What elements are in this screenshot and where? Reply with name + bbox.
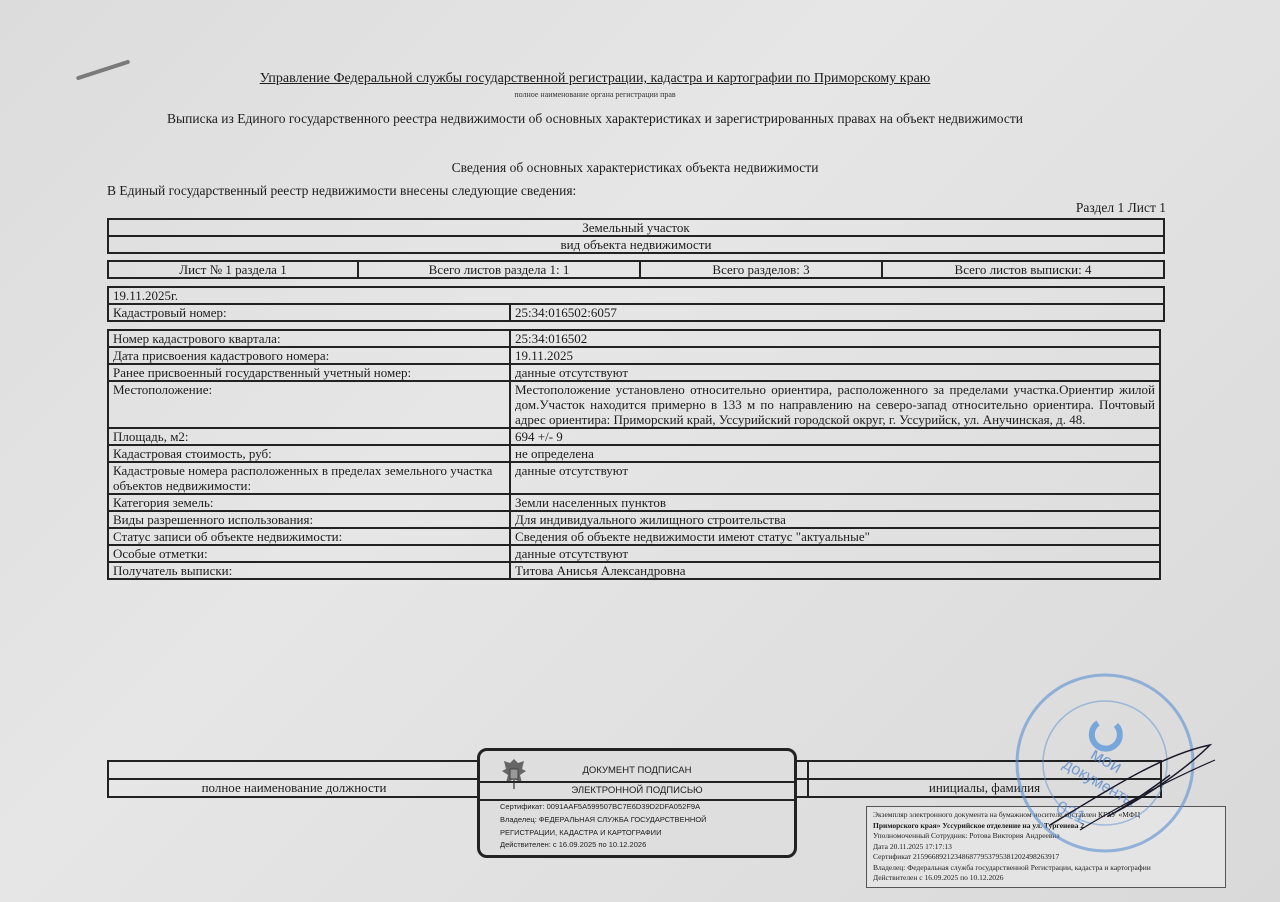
- row-label: Кадастровые номера расположенных в преде…: [108, 462, 510, 494]
- pen-mark: [76, 59, 130, 80]
- section-reference: Раздел 1 Лист 1: [1076, 200, 1166, 216]
- table-row: Номер кадастрового квартала:25:34:016502: [108, 330, 1160, 347]
- row-value: Сведения об объекте недвижимости имеют с…: [510, 528, 1160, 545]
- row-label: Особые отметки:: [108, 545, 510, 562]
- row-value: Земли населенных пунктов: [510, 494, 1160, 511]
- sheets-table: Лист № 1 раздела 1 Всего листов раздела …: [107, 260, 1165, 279]
- row-label: Ранее присвоенный государственный учетны…: [108, 364, 510, 381]
- characteristics-table: Номер кадастрового квартала:25:34:016502…: [107, 329, 1161, 580]
- sheet-number: Лист № 1 раздела 1: [108, 261, 358, 278]
- table-row: Кадастровые номера расположенных в преде…: [108, 462, 1160, 494]
- registration-authority: Управление Федеральной службы государств…: [250, 71, 940, 87]
- copy-line: Экземпляр электронного документа на бума…: [873, 810, 1219, 821]
- table-row: Особые отметки:данные отсутствуют: [108, 545, 1160, 562]
- row-label: Виды разрешенного использования:: [108, 511, 510, 528]
- row-label: Номер кадастрового квартала:: [108, 330, 510, 347]
- name-caption: инициалы, фамилия: [808, 779, 1161, 797]
- cadastral-number-value: 25:34:016502:6057: [510, 304, 1164, 321]
- authority-caption: полное наименование органа регистрации п…: [250, 90, 940, 99]
- certificate-owner-cont: РЕГИСТРАЦИИ, КАДАСТРА И КАРТОГРАФИИ: [500, 828, 661, 837]
- copy-line: Дата 20.11.2025 17:17:13: [873, 842, 1219, 853]
- document-title: Выписка из Единого государственного реес…: [140, 111, 1050, 127]
- copy-line: Действителен с 16.09.2025 по 10.12.2026: [873, 873, 1219, 884]
- row-value: 694 +/- 9: [510, 428, 1160, 445]
- certificate-validity: Действителен: с 16.09.2025 по 10.12.2026: [500, 840, 646, 849]
- total-sections: Всего разделов: 3: [640, 261, 882, 278]
- row-label: Площадь, м2:: [108, 428, 510, 445]
- total-sheets: Всего листов выписки: 4: [882, 261, 1164, 278]
- row-value: Титова Анисья Александровна: [510, 562, 1160, 579]
- sheets-in-section: Всего листов раздела 1: 1: [358, 261, 640, 278]
- record-date: 19.11.2025г.: [108, 287, 1164, 304]
- intro-text: В Единый государственный реестр недвижим…: [107, 183, 576, 199]
- row-value: 25:34:016502: [510, 330, 1160, 347]
- cadastral-number-label: Кадастровый номер:: [108, 304, 510, 321]
- row-value: не определена: [510, 445, 1160, 462]
- row-value: данные отсутствуют: [510, 364, 1160, 381]
- row-value: данные отсутствуют: [510, 545, 1160, 562]
- copy-line: Сертификат 21596689212348687795379538120…: [873, 852, 1219, 863]
- row-label: Категория земель:: [108, 494, 510, 511]
- row-value: 19.11.2025: [510, 347, 1160, 364]
- table-row: Статус записи об объекте недвижимости:Св…: [108, 528, 1160, 545]
- copy-line: Приморского края» Уссурийское отделение …: [873, 821, 1219, 832]
- row-label: Статус записи об объекте недвижимости:: [108, 528, 510, 545]
- signed-label: ДОКУМЕНТ ПОДПИСАН: [480, 765, 794, 776]
- object-type: Земельный участок: [108, 219, 1164, 236]
- object-type-table: Земельный участок вид объекта недвижимос…: [107, 218, 1165, 254]
- row-label: Местоположение:: [108, 381, 510, 428]
- table-row: Виды разрешенного использования:Для инди…: [108, 511, 1160, 528]
- row-value: Для индивидуального жилищного строительс…: [510, 511, 1160, 528]
- record-table: 19.11.2025г. Кадастровый номер: 25:34:01…: [107, 286, 1165, 322]
- table-row: Площадь, м2:694 +/- 9: [108, 428, 1160, 445]
- esign-label: ЭЛЕКТРОННОЙ ПОДПИСЬЮ: [480, 785, 794, 796]
- copy-line: Владелец: Федеральная служба государстве…: [873, 863, 1219, 874]
- table-row: Получатель выписки:Титова Анисья Алексан…: [108, 562, 1160, 579]
- table-row: Дата присвоения кадастрового номера:19.1…: [108, 347, 1160, 364]
- certificate-number: Сертификат: 0091AAF5A599507BC7E6D39D2DFA…: [500, 802, 700, 811]
- position-caption: полное наименование должности: [108, 779, 480, 797]
- table-row: Местоположение:Местоположение установлен…: [108, 381, 1160, 428]
- table-row: Ранее присвоенный государственный учетны…: [108, 364, 1160, 381]
- table-row: Кадастровая стоимость, руб:не определена: [108, 445, 1160, 462]
- row-label: Получатель выписки:: [108, 562, 510, 579]
- row-label: Дата присвоения кадастрового номера:: [108, 347, 510, 364]
- certificate-owner: Владелец: ФЕДЕРАЛЬНАЯ СЛУЖБА ГОСУДАРСТВЕ…: [500, 815, 707, 824]
- section-title: Сведения об основных характеристиках объ…: [300, 160, 970, 176]
- object-type-caption: вид объекта недвижимости: [108, 236, 1164, 253]
- row-label: Кадастровая стоимость, руб:: [108, 445, 510, 462]
- copy-line: Уполномоченный Сотрудник: Ротова Виктори…: [873, 831, 1219, 842]
- electronic-signature-box: ДОКУМЕНТ ПОДПИСАН ЭЛЕКТРОННОЙ ПОДПИСЬЮ С…: [477, 748, 797, 858]
- row-value: данные отсутствуют: [510, 462, 1160, 494]
- paper-copy-certification: Экземпляр электронного документа на бума…: [866, 806, 1226, 888]
- table-row: Категория земель:Земли населенных пункто…: [108, 494, 1160, 511]
- row-value: Местоположение установлено относительно …: [510, 381, 1160, 428]
